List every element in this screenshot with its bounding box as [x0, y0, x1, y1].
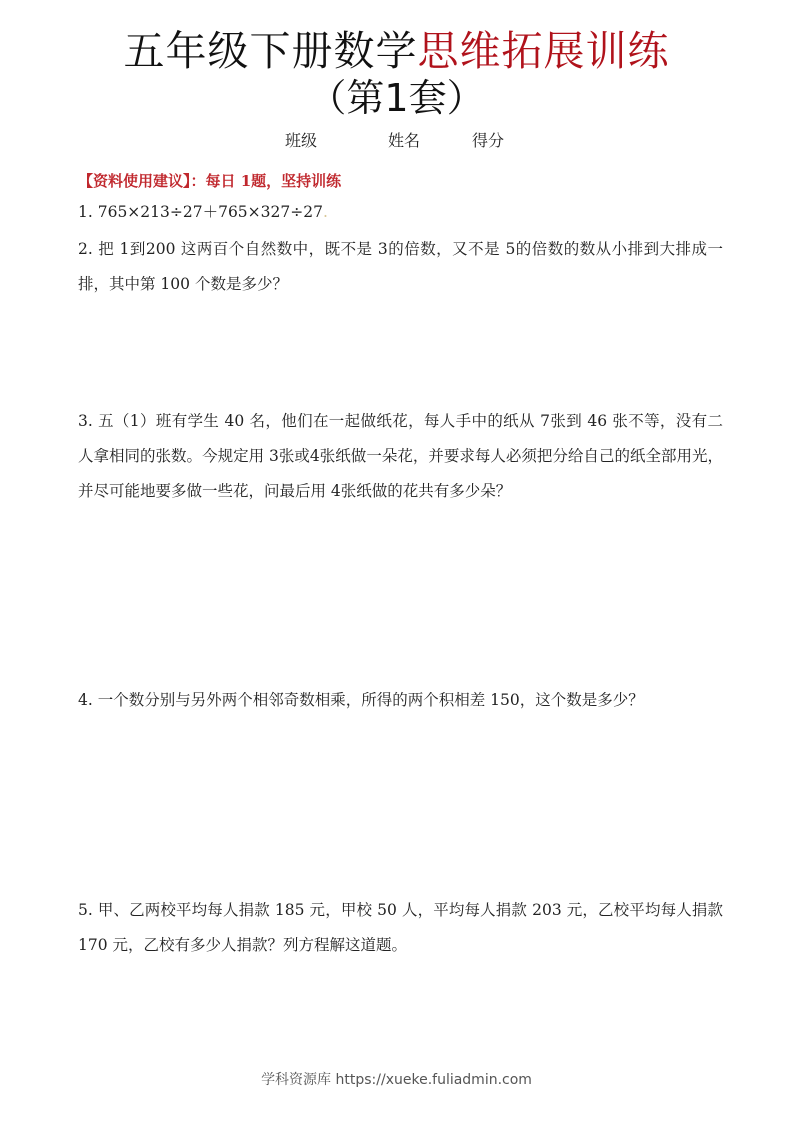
name-label: 姓名	[388, 128, 420, 151]
class-label: 班级	[285, 128, 317, 151]
footer-source: 学科资源库 https://xueke.fuliadmin.com	[0, 1069, 793, 1089]
question-2: 2. 把 1到200 这两百个自然数中，既不是 3的倍数，又不是 5的倍数的数从…	[78, 232, 723, 302]
score-label: 得分	[472, 128, 504, 151]
question-1-trailing-dot: .	[323, 203, 328, 221]
usage-advice: 【资料使用建议】：每日 1题，坚持训练	[78, 170, 341, 192]
question-1-text: 1. 765×213÷27＋765×327÷27	[78, 203, 323, 221]
page-subtitle: （第1套）	[0, 74, 793, 122]
title-accent: 思维拓展训练	[418, 27, 670, 75]
question-4: 4. 一个数分别与另外两个相邻奇数相乘，所得的两个积相差 150，这个数是多少？	[78, 683, 723, 718]
student-info-row: 班级 姓名 得分	[0, 126, 793, 150]
question-3: 3. 五（1）班有学生 40 名，他们在一起做纸花，每人手中的纸从 7张到 46…	[78, 404, 723, 509]
page-title: 五年级下册数学思维拓展训练	[0, 26, 793, 76]
question-1: 1. 765×213÷27＋765×327÷27.	[78, 196, 723, 228]
title-main: 五年级下册数学	[124, 27, 418, 75]
question-5: 5. 甲、乙两校平均每人捐款 185 元，甲校 50 人，平均每人捐款 203 …	[78, 893, 723, 963]
worksheet-page: 五年级下册数学思维拓展训练 （第1套） 班级 姓名 得分 【资料使用建议】：每日…	[0, 0, 793, 1122]
